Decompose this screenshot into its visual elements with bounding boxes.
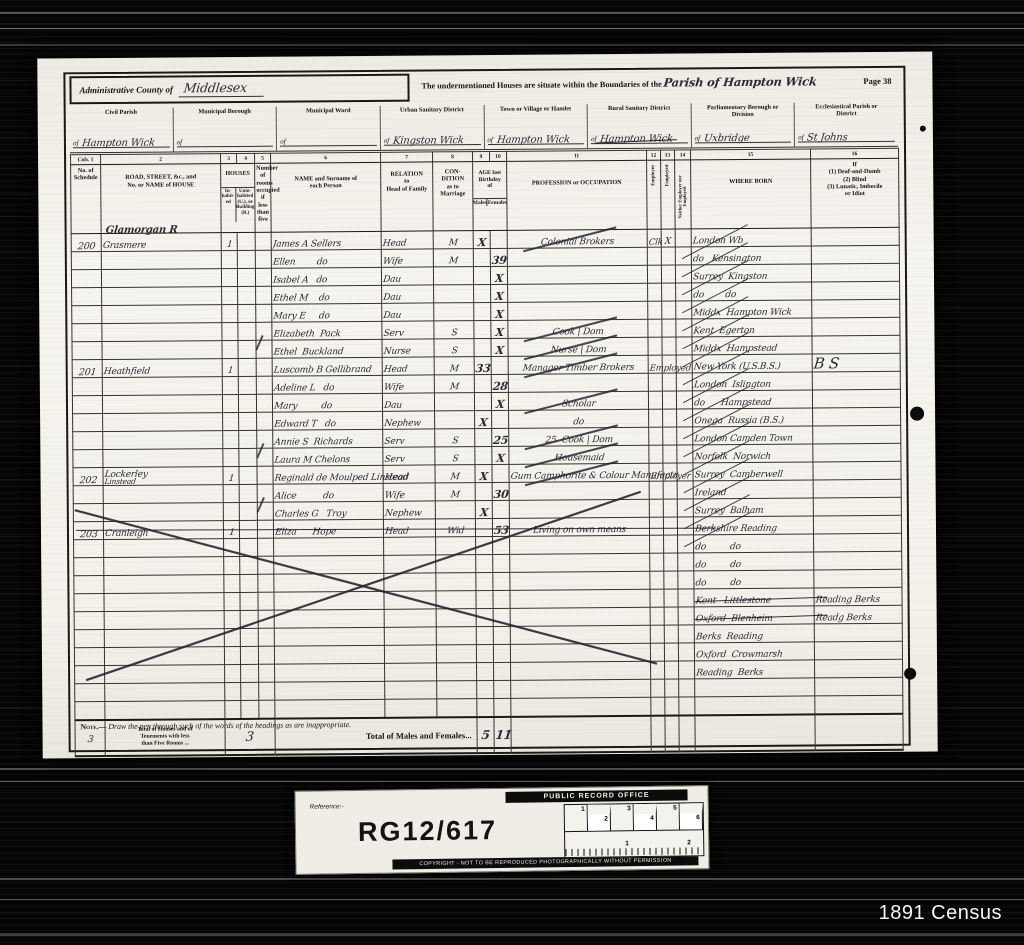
record-office-stamp: PUBLIC RECORD OFFICE Reference:- RG12/61… — [294, 785, 709, 875]
cell-rooms — [255, 268, 271, 286]
cell-employed — [664, 589, 678, 607]
cell-employer — [651, 661, 665, 679]
district-label: Town or Village or Hamlet — [486, 105, 585, 113]
scan-streak — [0, 899, 1024, 900]
header-employer: Employer — [647, 160, 662, 229]
cell-person-name: Adeline L do — [272, 375, 382, 394]
cell-neither — [679, 679, 695, 697]
cell-uninhabited — [237, 268, 255, 286]
cell-uninhabited — [238, 376, 256, 394]
header-road: ROAD, STREET, &c., and No. or NAME of HO… — [101, 164, 222, 234]
census-table-foot: 3 Total of Houses and of Tenements with … — [75, 713, 903, 756]
cell-inhabited — [222, 322, 238, 340]
cell-inhabited — [223, 448, 239, 466]
cell-age-male: X — [475, 500, 492, 518]
cell-uninhabited — [239, 448, 257, 466]
cell-uninhabited — [240, 610, 258, 628]
page-number: Page 38 — [863, 76, 891, 86]
cell-inhabited — [223, 430, 239, 448]
cell-house-name — [103, 485, 223, 504]
cell-age-male — [474, 338, 491, 356]
cell-employer: Employed — [648, 355, 662, 373]
cell-where-born: London Camden Town — [693, 426, 813, 445]
cell-where-born: Oxford Crowmarsh — [694, 642, 814, 661]
cell-relation: Nurse — [382, 339, 434, 357]
cell-condition — [435, 411, 475, 429]
cell-employed — [664, 625, 678, 643]
cell-rooms — [259, 682, 275, 700]
district-label: Parliamentary Borough or Division — [693, 104, 792, 119]
cell-uninhabited — [240, 646, 258, 664]
cell-relation — [385, 681, 437, 699]
cell-house-name — [105, 683, 225, 702]
cell-neither — [678, 589, 694, 607]
cell-relation — [384, 573, 436, 591]
cell-person-name — [274, 591, 384, 610]
cell-rooms — [256, 376, 272, 394]
cell-rooms — [257, 412, 273, 430]
header-infirmity: If (1) Deaf-and-Dumb (2) Blind (3) Lunat… — [811, 158, 900, 228]
header-males: Males — [473, 199, 488, 206]
cell-employer — [651, 679, 665, 697]
cell-house-name — [103, 503, 223, 522]
cell-relation: Dau — [381, 267, 433, 285]
cell-condition: S — [435, 429, 475, 447]
cell-employed — [661, 247, 675, 265]
district-value: Hampton Wick — [81, 139, 155, 150]
cell-condition: S — [434, 321, 474, 339]
census-table: Cols. 12345678910111213141516 No. of Sch… — [70, 148, 904, 757]
cell-where-born: Surrey Balham — [693, 498, 813, 517]
employed-label: Employed — [665, 165, 670, 187]
totals-empty-e12 — [651, 715, 665, 751]
cell-uninhabited — [237, 250, 255, 268]
header-houses: HOUSES In- habit- ed Unin- habited (U.),… — [221, 163, 256, 232]
cell-person-name: Reginald de Moulped Linstead — [273, 465, 383, 484]
header-condition: CON- DITION as to Marriage — [433, 162, 474, 231]
cell-relation: Serv — [383, 447, 435, 465]
cell-person-name: Charles G Troy — [273, 501, 383, 520]
col-number: Cols. 1 — [71, 155, 101, 165]
cell-age-male — [474, 302, 491, 320]
cell-house-name: LockerleyLinstead — [103, 467, 223, 486]
cell-occupation — [508, 301, 648, 320]
cell-occupation — [510, 643, 650, 662]
cell-house-name — [104, 539, 224, 558]
cell-employer — [650, 589, 664, 607]
cell-infirmity — [813, 461, 901, 480]
cell-rooms — [258, 592, 274, 610]
cell-age-male: 33 — [474, 356, 491, 374]
cell-condition — [437, 681, 477, 699]
cell-schedule-no: 201 — [72, 360, 102, 378]
col-number: 8 — [433, 152, 473, 162]
cell-condition — [436, 609, 476, 627]
cell-infirmity — [812, 335, 900, 354]
cell-infirmity — [813, 515, 901, 534]
cell-employed — [664, 607, 678, 625]
cell-occupation — [511, 679, 651, 698]
cell-schedule-no — [73, 432, 103, 450]
cell-inhabited — [222, 340, 238, 358]
admin-county-value: Middlesex — [178, 81, 265, 96]
scan-streak — [0, 878, 1024, 880]
of-label: of — [73, 139, 79, 147]
cell-person-name — [274, 555, 384, 574]
cell-employed — [663, 427, 677, 445]
cell-neither — [675, 229, 691, 247]
cell-where-born: do do — [694, 534, 814, 553]
cell-age-female: 25 — [492, 428, 509, 446]
district-value: Hampton Wick — [599, 135, 673, 146]
cell-schedule-no — [75, 702, 105, 720]
cell-schedule-no — [72, 378, 102, 396]
cell-house-name — [105, 665, 225, 684]
cell-occupation — [510, 553, 650, 572]
col-number: 9 — [473, 151, 490, 161]
cell-employer: Clk — [647, 229, 661, 247]
cell-age-male — [476, 644, 493, 662]
cell-rooms — [257, 502, 273, 520]
cell-where-born: Berks Reading — [694, 624, 814, 643]
cell-infirmity: B S — [812, 353, 900, 372]
district-cell: Municipal Boroughof — [173, 107, 277, 152]
cell-rooms — [258, 574, 274, 592]
cell-employer — [649, 409, 663, 427]
cell-occupation — [510, 625, 650, 644]
cell-house-name — [104, 575, 224, 594]
cell-schedule-no: 202 — [73, 468, 103, 486]
district-label: Civil Parish — [72, 108, 171, 116]
cell-employed — [662, 319, 676, 337]
cell-uninhabited — [238, 340, 256, 358]
cell-age-female — [494, 662, 511, 680]
cell-where-born — [695, 696, 815, 715]
footnote-prefix: Note.— — [80, 722, 106, 731]
cell-employer — [650, 571, 664, 589]
cell-neither — [678, 643, 694, 661]
cell-inhabited: 1 — [221, 232, 237, 250]
cell-rooms — [256, 340, 272, 358]
cell-person-name — [274, 573, 384, 592]
cell-person-name: Alice do — [273, 483, 383, 502]
cell-uninhabited — [239, 412, 257, 430]
cell-schedule-no — [71, 270, 101, 288]
cell-employer — [648, 301, 662, 319]
cell-inhabited — [223, 502, 239, 520]
cell-where-born: London Islington — [692, 372, 812, 391]
cell-age-male — [476, 590, 493, 608]
cell-inhabited — [224, 538, 240, 556]
cell-where-born: Kent Egerton — [692, 318, 812, 337]
cell-age-male — [476, 626, 493, 644]
census-table-head: Cols. 12345678910111213141516 No. of Sch… — [71, 148, 900, 234]
cell-age-male — [477, 680, 494, 698]
cell-inhabited — [221, 250, 237, 268]
col-number: 13 — [661, 150, 675, 160]
cell-occupation: Scholar — [508, 391, 648, 410]
cell-condition — [436, 573, 476, 591]
cell-inhabited — [224, 574, 240, 592]
cell-uninhabited — [238, 394, 256, 412]
cell-where-born: Onega Russia (B.S.) — [693, 408, 813, 427]
cell-age-female — [494, 680, 511, 698]
cell-schedule-no — [75, 684, 105, 702]
district-value: St Johns — [807, 133, 849, 143]
situate-value: Parish of Hampton Wick — [663, 76, 818, 89]
cell-relation: Dau — [382, 285, 434, 303]
cell-employed — [664, 535, 678, 553]
cell-age-female — [493, 644, 510, 662]
cell-age-male: X — [475, 464, 492, 482]
cell-inhabited — [222, 394, 238, 412]
cell-employer — [648, 373, 662, 391]
cell-condition — [436, 591, 476, 609]
cell-uninhabited — [241, 700, 259, 718]
cell-where-born: Norfolk Norwich — [693, 444, 813, 463]
cell-infirmity — [815, 695, 903, 714]
cell-house-name — [102, 377, 222, 396]
cell-person-name: James A Sellers — [271, 231, 381, 250]
cell-where-born: Middx Hampton Wick — [692, 300, 812, 319]
cell-relation — [384, 609, 436, 627]
totals-empty-e14 — [679, 715, 695, 751]
punch-hole — [904, 668, 916, 680]
cell-rooms — [255, 232, 271, 250]
cell-age-male — [473, 266, 490, 284]
cell-employer — [651, 697, 665, 715]
cell-uninhabited — [241, 664, 259, 682]
cell-occupation — [510, 589, 650, 608]
cell-occupation: 25 Cook | Dom — [509, 427, 649, 446]
cell-age-female: 30 — [492, 482, 509, 500]
cell-schedule-no — [73, 414, 103, 432]
cell-relation: Head — [383, 465, 435, 483]
cell-age-female: X — [491, 392, 508, 410]
cell-schedule-no — [72, 324, 102, 342]
cell-condition — [434, 393, 474, 411]
cell-age-male — [475, 446, 492, 464]
cell-person-name: Mary E do — [272, 303, 382, 322]
totals-row: 3 Total of Houses and of Tenements with … — [75, 713, 903, 756]
col-number: 5 — [255, 153, 271, 163]
cell-occupation: Colonial Brokers — [507, 229, 647, 248]
cell-age-female — [493, 536, 510, 554]
cell-employer — [650, 553, 664, 571]
cell-infirmity — [813, 425, 901, 444]
cell-condition: S — [435, 447, 475, 465]
district-cell: Rural Sanitary DistrictofHampton Wick — [588, 103, 692, 148]
cell-employer — [649, 427, 663, 445]
punch-hole — [910, 407, 924, 421]
cell-uninhabited — [241, 682, 259, 700]
cell-relation: Nephew — [383, 501, 435, 519]
cell-relation: Nephew — [383, 411, 435, 429]
cell-inhabited — [224, 556, 240, 574]
header-females: Females — [488, 199, 507, 206]
cell-schedule-no — [71, 252, 101, 270]
header-rooms: Number of rooms occupied if less than fi… — [255, 163, 272, 232]
cell-uninhabited — [238, 304, 256, 322]
district-label: Rural Sanitary District — [590, 104, 689, 112]
cell-infirmity — [812, 317, 900, 336]
situate-label: The undermentioned Houses are situate wi… — [421, 80, 661, 91]
cell-infirmity — [813, 479, 901, 498]
cell-infirmity — [815, 677, 903, 696]
cell-age-female — [490, 230, 507, 248]
cell-schedule-no — [74, 648, 104, 666]
district-label: Municipal Ward — [279, 107, 378, 115]
cell-house-name — [104, 647, 224, 666]
cell-relation — [385, 699, 437, 717]
ruler-inch-mark: 6 — [680, 803, 703, 829]
cell-relation: Serv — [383, 429, 435, 447]
cell-house-name — [102, 305, 222, 324]
cell-relation: Wife — [382, 375, 434, 393]
cell-relation — [384, 591, 436, 609]
district-value: Kingston Wick — [392, 136, 464, 147]
cell-rooms — [255, 250, 271, 268]
form-border: Administrative County of Middlesex The u… — [63, 66, 910, 753]
col-number: 14 — [675, 150, 691, 160]
cell-infirmity — [812, 371, 900, 390]
cell-where-born: Oxford Blenheim — [694, 606, 814, 625]
scan-streak — [0, 768, 1024, 770]
cell-infirmity — [812, 299, 900, 318]
measurement-ruler: 123456 12 — [564, 802, 705, 858]
cell-infirmity — [814, 569, 902, 588]
cell-house-name — [105, 701, 225, 720]
district-label: Urban Sanitary District — [383, 106, 482, 114]
cell-condition: M — [433, 249, 473, 267]
cell-uninhabited — [239, 484, 257, 502]
cell-schedule-no — [75, 666, 105, 684]
cell-employed — [664, 553, 678, 571]
cell-uninhabited — [240, 628, 258, 646]
cell-where-born: New York (U.S.B.S.) — [692, 354, 812, 373]
cell-employed — [665, 697, 679, 715]
cell-relation: Head — [381, 231, 433, 249]
cell-uninhabited — [239, 502, 257, 520]
cell-house-name: Heathfield — [102, 359, 222, 378]
cell-rooms — [257, 466, 273, 484]
of-label: of — [177, 138, 183, 146]
cell-age-male — [476, 536, 493, 554]
cell-condition: M — [433, 231, 473, 249]
district-label: Ecclesiastical Parish or District — [797, 103, 896, 118]
cell-age-female: 39 — [490, 248, 507, 266]
cell-schedule-no — [74, 540, 104, 558]
cell-employer — [650, 625, 664, 643]
cell-person-name — [274, 645, 384, 664]
age-title: AGE last Birthday of — [473, 169, 506, 189]
cell-condition: M — [434, 357, 474, 375]
cell-where-born: Surrey Camberwell — [693, 462, 813, 481]
cell-uninhabited — [238, 286, 256, 304]
cell-age-female: X — [491, 284, 508, 302]
cell-schedule-no — [72, 306, 102, 324]
col-number: 10 — [490, 151, 507, 161]
cell-house-name — [104, 611, 224, 630]
cell-schedule-no: 203 — [73, 522, 103, 540]
cell-uninhabited — [238, 322, 256, 340]
cell-age-female: X — [490, 266, 507, 284]
cell-condition — [435, 501, 475, 519]
ruler-inch-mark: 5 — [657, 804, 680, 830]
cell-condition — [436, 555, 476, 573]
employer-label: Employer — [651, 165, 656, 186]
cell-inhabited — [221, 268, 237, 286]
cell-inhabited — [222, 304, 238, 322]
cell-age-female: X — [492, 446, 509, 464]
cell-person-name: Elizabeth Pack — [272, 321, 382, 340]
cell-age-male — [475, 482, 492, 500]
cell-person-name: Edward T do — [273, 411, 383, 430]
cell-neither — [678, 607, 694, 625]
cell-relation: Dau — [382, 393, 434, 411]
cell-uninhabited — [240, 556, 258, 574]
cell-condition — [437, 699, 477, 717]
header-relation: RELATION to Head of Family — [381, 162, 434, 231]
cell-person-name: Ethel M do — [272, 285, 382, 304]
cell-rooms — [256, 358, 272, 376]
cell-age-female — [492, 464, 509, 482]
col-number: 4 — [237, 153, 255, 163]
cell-age-male — [474, 374, 491, 392]
situate-text: The undermentioned Houses are situate wi… — [421, 76, 821, 91]
cell-employer — [650, 535, 664, 553]
cell-employer — [649, 517, 663, 535]
cell-age-female — [493, 608, 510, 626]
cell-person-name — [274, 609, 384, 628]
of-label: of — [798, 134, 804, 142]
cell-rooms — [256, 286, 272, 304]
cell-where-born: Middx Hampstead — [692, 336, 812, 355]
cell-relation: Head — [382, 357, 434, 375]
cell-infirmity — [812, 389, 900, 408]
district-cell: Parliamentary Borough or DivisionofUxbri… — [691, 103, 795, 148]
district-cell: Municipal Wardof — [277, 106, 381, 151]
cell-condition: M — [434, 375, 474, 393]
cell-infirmity — [812, 281, 900, 300]
cell-condition: M — [435, 465, 475, 483]
cell-uninhabited — [238, 358, 256, 376]
cell-condition — [434, 285, 474, 303]
scan-streak — [0, 28, 1024, 29]
totals-empty-e13 — [665, 715, 679, 751]
cell-age-male — [476, 608, 493, 626]
cell-schedule-no — [72, 288, 102, 306]
cell-occupation: Cook | Dom — [508, 319, 648, 338]
cell-uninhabited — [240, 592, 258, 610]
ruler-inch-mark: 3 — [611, 804, 634, 830]
col-number: 7 — [381, 152, 433, 162]
cell-house-name — [102, 341, 222, 360]
cell-uninhabited — [237, 232, 255, 250]
cell-employer — [647, 247, 661, 265]
cell-age-female — [493, 626, 510, 644]
cell-infirmity — [815, 659, 903, 678]
road-header-handwriting: Glamorgan R — [105, 225, 178, 236]
of-label: of — [487, 136, 493, 144]
houses-title: HOUSES — [221, 171, 254, 178]
col-number: 3 — [221, 153, 237, 163]
cell-house-name — [104, 557, 224, 576]
cell-schedule-no — [73, 504, 103, 522]
cell-inhabited: 1 — [222, 358, 238, 376]
cell-employer — [648, 283, 662, 301]
cell-inhabited — [224, 646, 240, 664]
